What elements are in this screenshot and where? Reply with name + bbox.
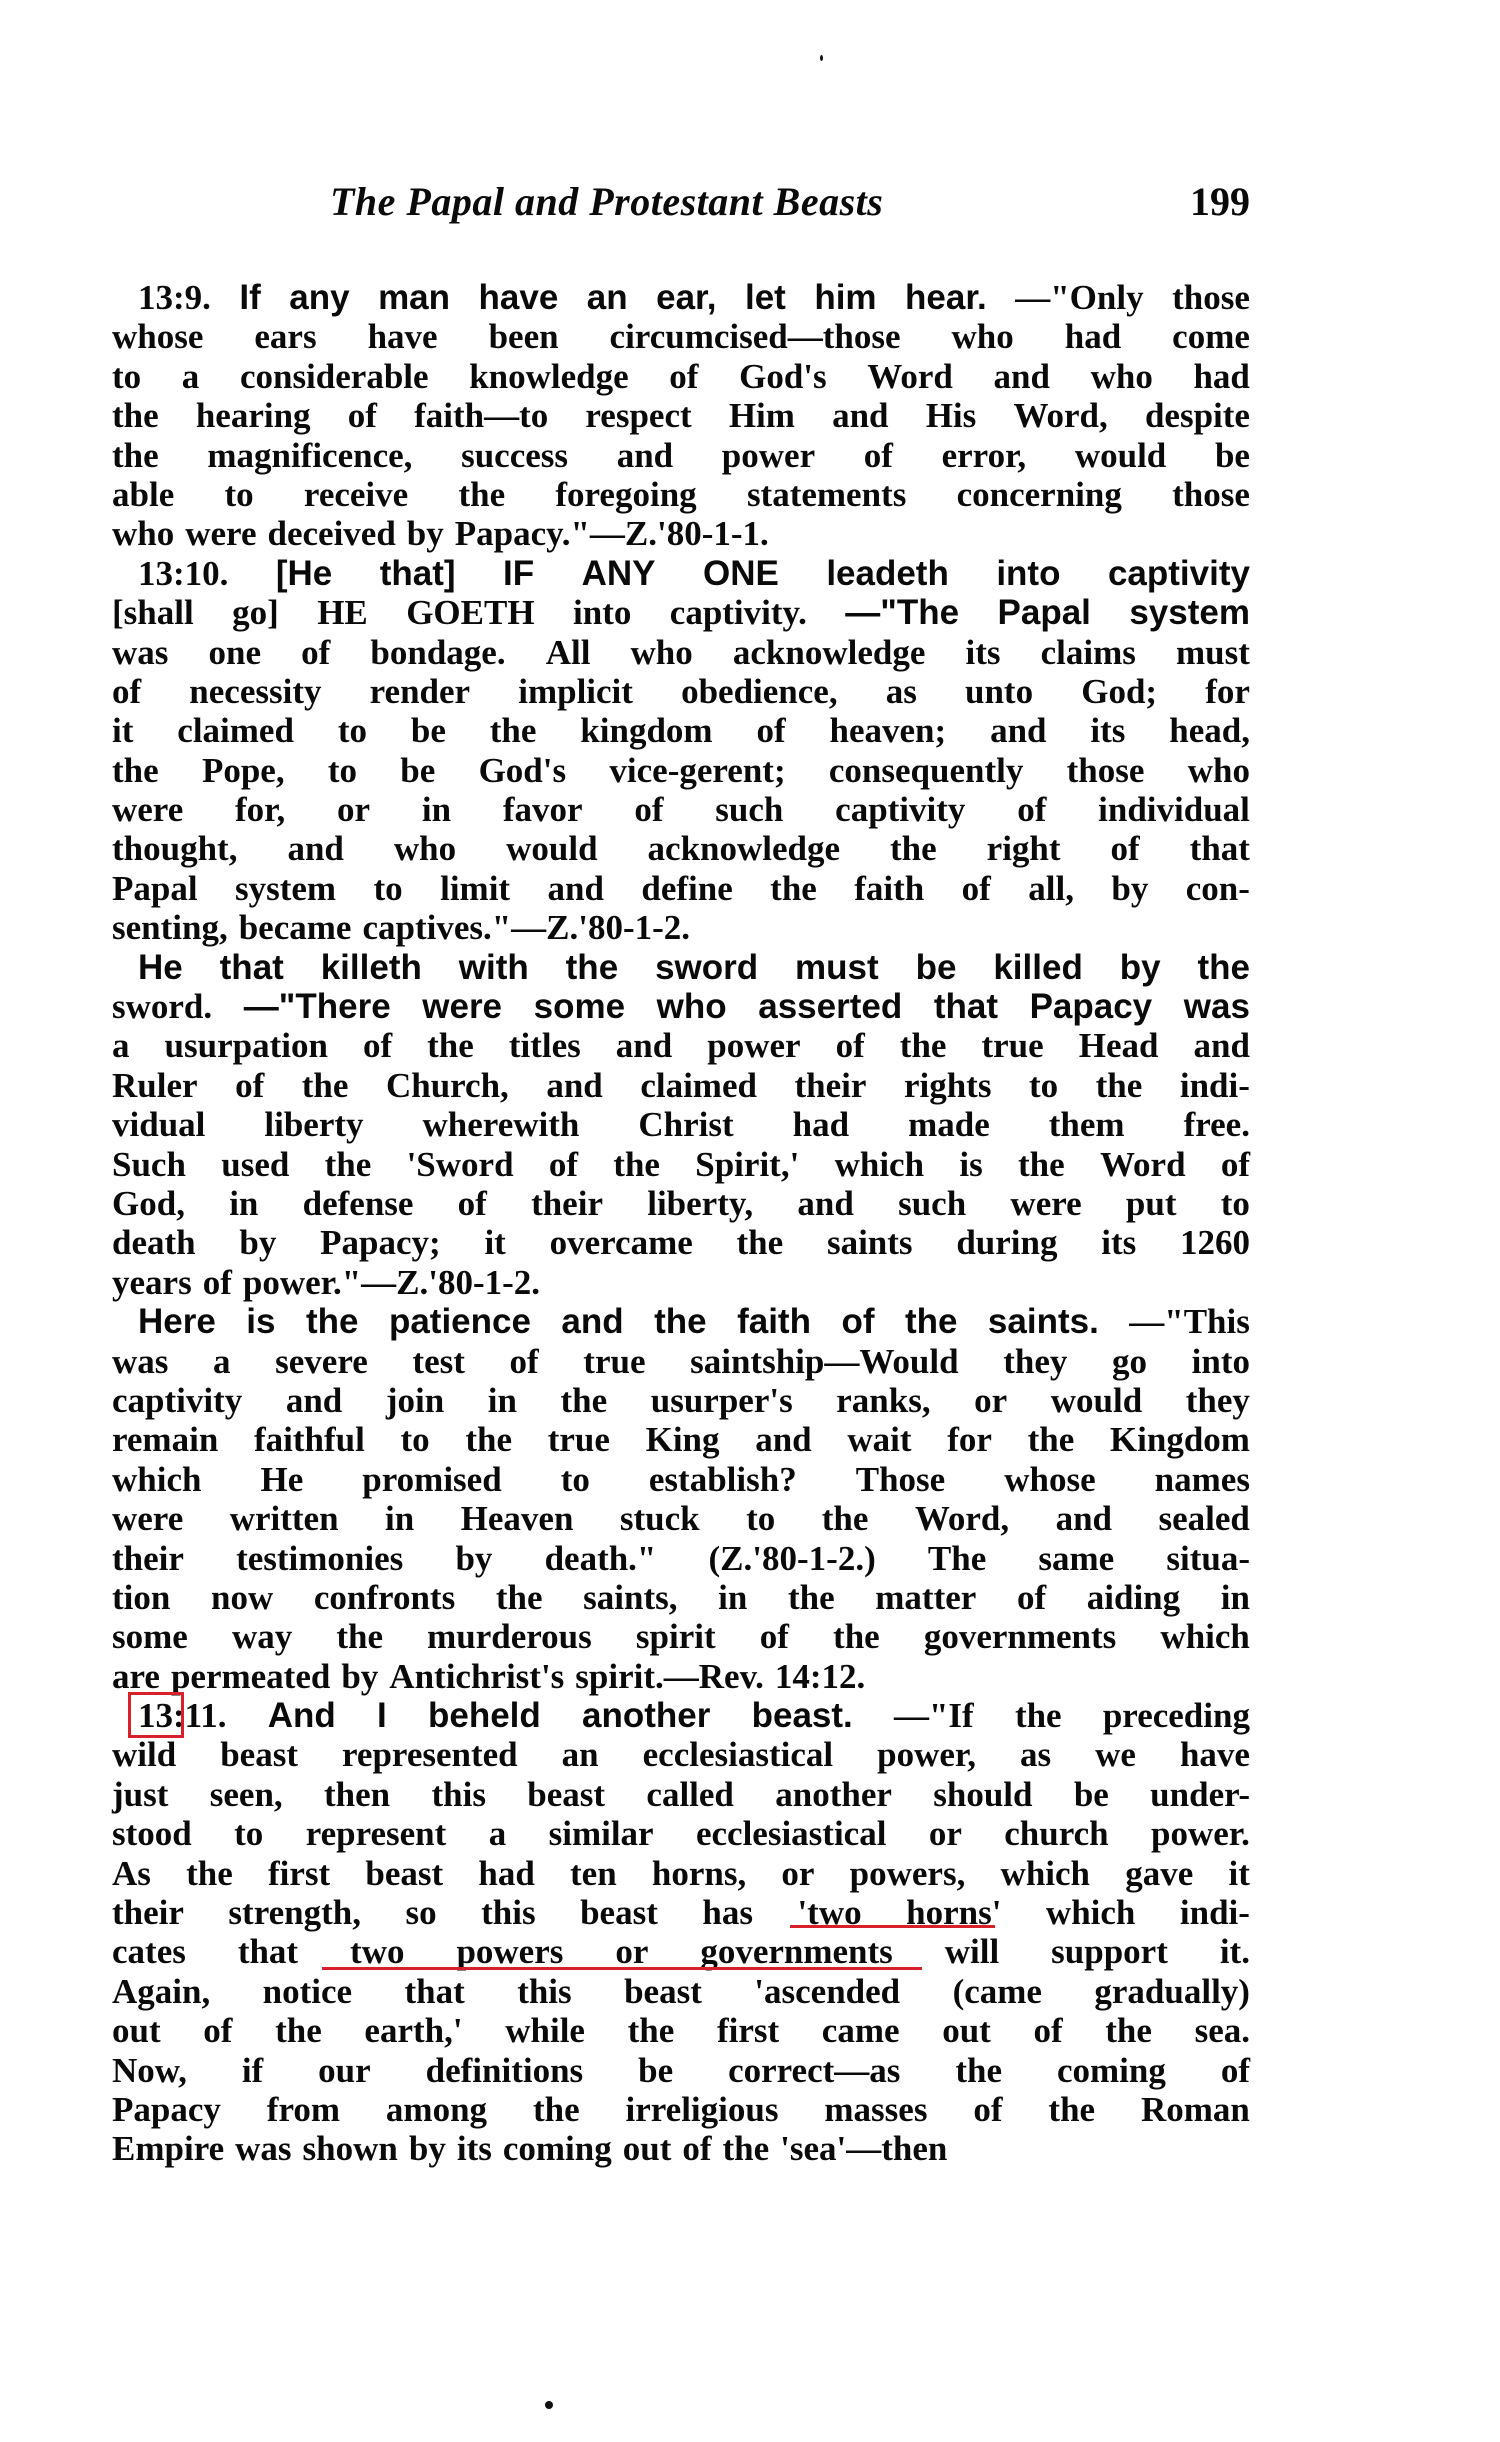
text-line: whoseearshavebeencircumcised—thosewhohad… — [112, 317, 1250, 356]
text-line: werefor,orinfavorofsuchcaptivityofindivi… — [112, 790, 1250, 829]
text-line: outoftheearth,'whilethefirstcameoutofthe… — [112, 2011, 1250, 2050]
verse-highlight-box — [128, 1692, 184, 1738]
body-text: 13:9.Ifanymanhaveanear,lethimhear.—"Only… — [112, 278, 1250, 2169]
underline-two-powers — [322, 1967, 922, 1970]
text-line: wildbeastrepresentedanecclesiasticalpowe… — [112, 1735, 1250, 1774]
text-line: toaconsiderableknowledgeofGod'sWordandwh… — [112, 357, 1250, 396]
text-line: catesthattwopowersorgovernmentswillsuppo… — [112, 1932, 1250, 1971]
text-line: Hethatkillethwiththeswordmustbekilledbyt… — [112, 948, 1250, 987]
text-line: captivityandjoinintheusurper'sranks,orwo… — [112, 1381, 1250, 1420]
text-line: wasoneofbondage.Allwhoacknowledgeitsclai… — [112, 633, 1250, 672]
text-line: abletoreceivetheforegoingstatementsconce… — [112, 475, 1250, 514]
text-line: God,indefenseoftheirliberty,andsuchwerep… — [112, 1184, 1250, 1223]
text-line: itclaimedtobethekingdomofheaven;anditshe… — [112, 711, 1250, 750]
text-line: [shallgo]HEGOETHintocaptivity.—"ThePapal… — [112, 593, 1250, 632]
text-line: Empirewasshownbyitscomingoutofthe'sea'—t… — [112, 2129, 1250, 2168]
text-line: justseen,thenthisbeastcalledanothershoul… — [112, 1775, 1250, 1814]
paragraph-v13-11: 13:11.AndIbeheldanotherbeast.—"Iftheprec… — [112, 1696, 1250, 2169]
running-title: The Papal and Protestant Beasts — [330, 178, 883, 225]
scanned-book-page: The Papal and Protestant Beasts 199 13:9… — [0, 0, 1500, 2442]
text-line: ausurpationofthetitlesandpowerofthetrueH… — [112, 1026, 1250, 1065]
underline-two-horns — [790, 1925, 995, 1928]
scan-speck — [545, 2401, 553, 2409]
text-line: Papalsystemtolimitanddefinethefaithofall… — [112, 869, 1250, 908]
text-line: viduallibertywherewithChristhadmadethemf… — [112, 1105, 1250, 1144]
text-line: thePope,tobeGod'svice-gerent;consequentl… — [112, 751, 1250, 790]
text-line: themagnificence,successandpoweroferror,w… — [112, 436, 1250, 475]
text-line: RuleroftheChurch,andclaimedtheirrightsto… — [112, 1066, 1250, 1105]
text-line: 13:9.Ifanymanhaveanear,lethimhear.—"Only… — [112, 278, 1250, 317]
text-line: theirtestimoniesbydeath."(Z.'80-1-2.)The… — [112, 1539, 1250, 1578]
text-line: werewritteninHeavenstucktotheWord,andsea… — [112, 1499, 1250, 1538]
text-line: ofnecessityrenderimplicitobedience,asunt… — [112, 672, 1250, 711]
text-line: whichHepromisedtoestablish?Thosewhosenam… — [112, 1460, 1250, 1499]
text-line: Papacyfromamongtheirreligiousmassesofthe… — [112, 2090, 1250, 2129]
text-line: deathbyPapacy;itovercamethesaintsduringi… — [112, 1223, 1250, 1262]
page-header: The Papal and Protestant Beasts 199 — [330, 178, 1250, 238]
text-line: arepermeatedbyAntichrist'sspirit.—Rev.14… — [112, 1657, 1250, 1696]
paragraph-v13-9: 13:9.Ifanymanhaveanear,lethimhear.—"Only… — [112, 278, 1250, 554]
text-line: Suchusedthe'SwordoftheSpirit,'whichisthe… — [112, 1145, 1250, 1184]
text-line: 13:10.[Hethat]IFANYONEleadethintocaptivi… — [112, 554, 1250, 593]
text-line: Again,noticethatthisbeast'ascended(cameg… — [112, 1972, 1250, 2011]
text-line: Asthefirstbeasthadtenhorns,orpowers,whic… — [112, 1854, 1250, 1893]
text-line: somewaythemurderousspiritofthegovernment… — [112, 1617, 1250, 1656]
text-line: Hereisthepatienceandthefaithofthesaints.… — [112, 1302, 1250, 1341]
scan-speck — [820, 55, 823, 61]
text-line: remainfaithfultothetrueKingandwaitforthe… — [112, 1420, 1250, 1459]
text-line: thought,andwhowouldacknowledgetherightof… — [112, 829, 1250, 868]
paragraph-v13-10b: Hethatkillethwiththeswordmustbekilledbyt… — [112, 948, 1250, 1303]
text-line: 13:11.AndIbeheldanotherbeast.—"Iftheprec… — [112, 1696, 1250, 1735]
text-line: sword.—"ThereweresomewhoassertedthatPapa… — [112, 987, 1250, 1026]
text-line: wasaseveretestoftruesaintship—Wouldtheyg… — [112, 1342, 1250, 1381]
paragraph-v13-10: 13:10.[Hethat]IFANYONEleadethintocaptivi… — [112, 554, 1250, 948]
text-line: Now,ifourdefinitionsbecorrect—asthecomin… — [112, 2051, 1250, 2090]
page-number: 199 — [1190, 178, 1250, 225]
text-line: tionnowconfrontsthesaints,inthematterofa… — [112, 1578, 1250, 1617]
text-line: senting,becamecaptives."—Z.'80-1-2. — [112, 908, 1250, 947]
text-line: theirstrength,sothisbeasthas'twohorns'wh… — [112, 1893, 1250, 1932]
text-line: stoodtorepresentasimilarecclesiasticalor… — [112, 1814, 1250, 1853]
text-line: whoweredeceivedbyPapacy."—Z.'80-1-1. — [112, 514, 1250, 553]
paragraph-v13-10c: Hereisthepatienceandthefaithofthesaints.… — [112, 1302, 1250, 1696]
text-line: yearsofpower."—Z.'80-1-2. — [112, 1263, 1250, 1302]
text-line: thehearingoffaith—torespectHimandHisWord… — [112, 396, 1250, 435]
